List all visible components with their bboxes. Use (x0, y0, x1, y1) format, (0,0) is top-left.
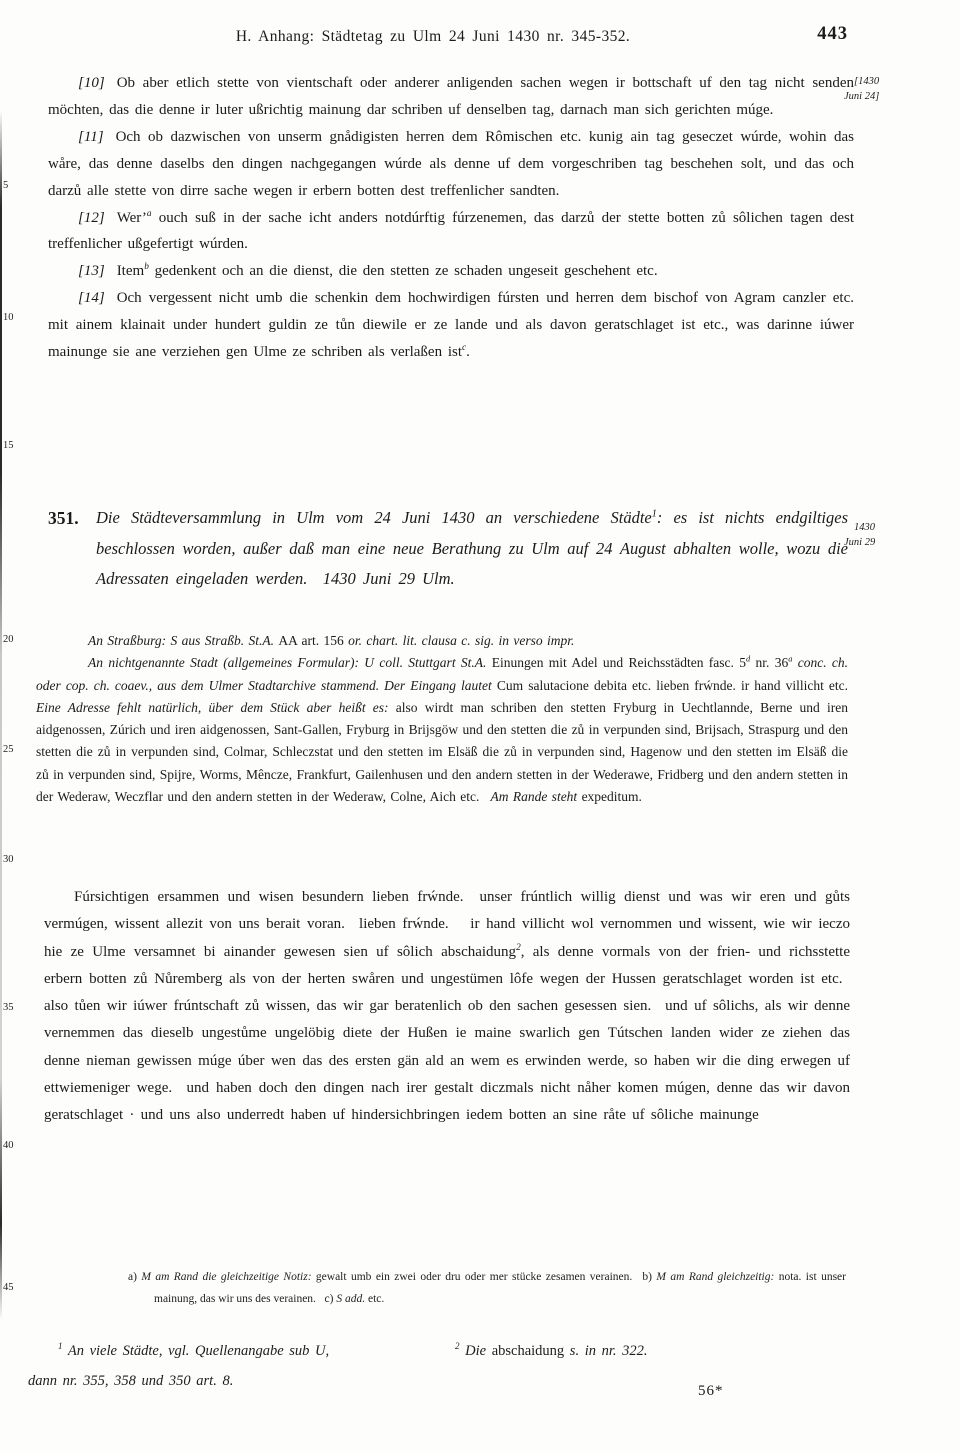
text-segment: AA art. 156 (278, 633, 348, 648)
text-segment: Item (117, 263, 145, 279)
page-number: 443 (780, 24, 848, 45)
paragraph-text: Itemb gedenkent och an die dienst, die d… (117, 263, 658, 279)
line-number-10: 10 (3, 312, 31, 323)
paragraph-text: Och vergessent nicht umb die schenkin de… (48, 290, 854, 360)
letter-text: Fúrsichtigen ersammen und wisen besunder… (44, 884, 850, 1130)
critical-apparatus: a) M am Rand die gleichzeitige Notiz: ge… (128, 1266, 846, 1310)
margin-date-line: [1430 (844, 74, 914, 89)
text-segment: or. chart. lit. clausa c. sig. in verso … (348, 633, 574, 648)
text-segment: also wirdt man schriben den stetten Fryb… (36, 700, 848, 804)
text-segment: gedenkent och an die dienst, die den ste… (149, 263, 658, 279)
source-note-formular: An nichtgenannte Stadt (allgemeines Form… (36, 652, 848, 808)
scanned-document-page: H. Anhang: Städtetag zu Ulm 24 Juni 1430… (0, 0, 960, 1453)
line-number-20: 20 (3, 634, 31, 645)
article-paragraph-10: [10]Ob aber etlich stette von vientschaf… (48, 70, 854, 124)
paragraph-text: Wer’a ouch suß in der sache icht anders … (48, 210, 854, 253)
text-segment: Am Rande steht (490, 789, 581, 804)
text-segment: Och ob dazwischen von unserm gnådigisten… (48, 129, 854, 199)
line-number-40: 40 (3, 1140, 31, 1151)
text-segment: Cum salutacione debita etc. lieben frẃnd… (497, 678, 848, 693)
line-number-5: 5 (3, 180, 31, 191)
text-segment: . (466, 344, 470, 360)
document-350-articles: [10]Ob aber etlich stette von vientschaf… (48, 70, 854, 366)
margin-date-line: Juni 29 (844, 535, 914, 550)
paragraph-number: [13] (78, 263, 105, 279)
document-number: 351. (48, 503, 96, 533)
article-paragraph-13: [13]Itemb gedenkent och an die dienst, d… (48, 258, 854, 285)
sheet-signature: 56* (698, 1383, 724, 1400)
letter-body: Fúrsichtigen ersammen und wisen besunder… (44, 884, 850, 1130)
text-segment: expeditum. (582, 789, 642, 804)
footnote-1-part-2: dann nr. 355, 358 und 350 art. 8. (28, 1370, 233, 1392)
paragraph-number: [11] (78, 129, 104, 145)
text-segment: M am Rand die gleichzeitige Notiz: (141, 1271, 316, 1283)
margin-date-note-1430-juni-29: 1430 Juni 29 (844, 520, 914, 550)
running-header: H. Anhang: Städtetag zu Ulm 24 Juni 1430… (48, 28, 818, 46)
article-paragraph-11: [11]Och ob dazwischen von unserm gnådigi… (48, 124, 854, 205)
text-segment: abschaidung (492, 1343, 570, 1359)
document-351-heading: 351. Die Städteversammlung in Ulm vom 24… (48, 503, 848, 595)
footnote-2: 2 Die abschaidung s. in nr. 322. (455, 1340, 648, 1362)
text-segment: a) (128, 1271, 141, 1283)
article-paragraph-14: [14]Och vergessent nicht umb die schenki… (48, 285, 854, 366)
line-number-35: 35 (3, 1002, 31, 1013)
text-segment: ouch suß in der sache icht anders notdúr… (48, 210, 854, 253)
archival-source-notes: An Straßburg: S aus Straßb. St.A. AA art… (36, 630, 848, 808)
text-segment: S add. (336, 1293, 368, 1305)
document-summary: Die Städteversammlung in Ulm vom 24 Juni… (96, 503, 848, 595)
margin-date-note-1430-juni-24: [1430 Juni 24] (844, 74, 914, 104)
text-segment: Einungen mit Adel und Reichsstädten fasc… (492, 655, 746, 670)
paragraph-number: [14] (78, 290, 105, 306)
article-paragraph-12: [12]Wer’a ouch suß in der sache icht and… (48, 205, 854, 259)
footnote-1-part-1: 1 An viele Städte, vgl. Quellenangabe su… (58, 1340, 329, 1362)
text-segment: An nichtgenannte Stadt (allgemeines Form… (88, 655, 492, 670)
scan-edge-artifact (0, 110, 2, 1320)
text-segment: Och vergessent nicht umb die schenkin de… (48, 290, 854, 360)
margin-date-line: 1430 (844, 520, 914, 535)
text-segment: gewalt umb ein zwei oder dru oder mer st… (316, 1271, 656, 1283)
text-segment: M am Rand gleichzeitig: (656, 1271, 778, 1283)
text-segment: Ob aber etlich stette von vientschaft od… (48, 75, 854, 118)
paragraph-number: [12] (78, 210, 105, 226)
paragraph-text: Och ob dazwischen von unserm gnådigisten… (48, 129, 854, 199)
text-segment: nr. 36 (750, 655, 788, 670)
text-segment: Die (460, 1343, 492, 1359)
text-segment: Eine Adresse fehlt natürlich, über dem S… (36, 700, 396, 715)
text-segment: s. in nr. 322. (570, 1343, 648, 1359)
margin-date-line: Juni 24] (844, 89, 914, 104)
line-number-45: 45 (3, 1282, 31, 1293)
text-segment: etc. (368, 1293, 384, 1305)
text-segment: Die Städteversammlung in Ulm vom 24 Juni… (96, 508, 652, 527)
line-number-30: 30 (3, 854, 31, 865)
text-segment: , als denne vormals von der frien- und r… (44, 944, 850, 1124)
paragraph-text: Ob aber etlich stette von vientschaft od… (48, 75, 854, 118)
line-number-15: 15 (3, 440, 31, 451)
text-segment: An Straßburg: S aus Straßb. St.A. (88, 633, 278, 648)
text-segment: An viele Städte, vgl. Quellenangabe sub … (63, 1343, 330, 1359)
line-number-25: 25 (3, 744, 31, 755)
text-segment: dann nr. 355, 358 und 350 art. 8. (28, 1373, 233, 1389)
source-note-strassburg: An Straßburg: S aus Straßb. St.A. AA art… (36, 630, 848, 652)
apparatus-text: a) M am Rand die gleichzeitige Notiz: ge… (128, 1266, 846, 1310)
text-segment: Wer’ (117, 210, 147, 226)
paragraph-number: [10] (78, 75, 105, 91)
